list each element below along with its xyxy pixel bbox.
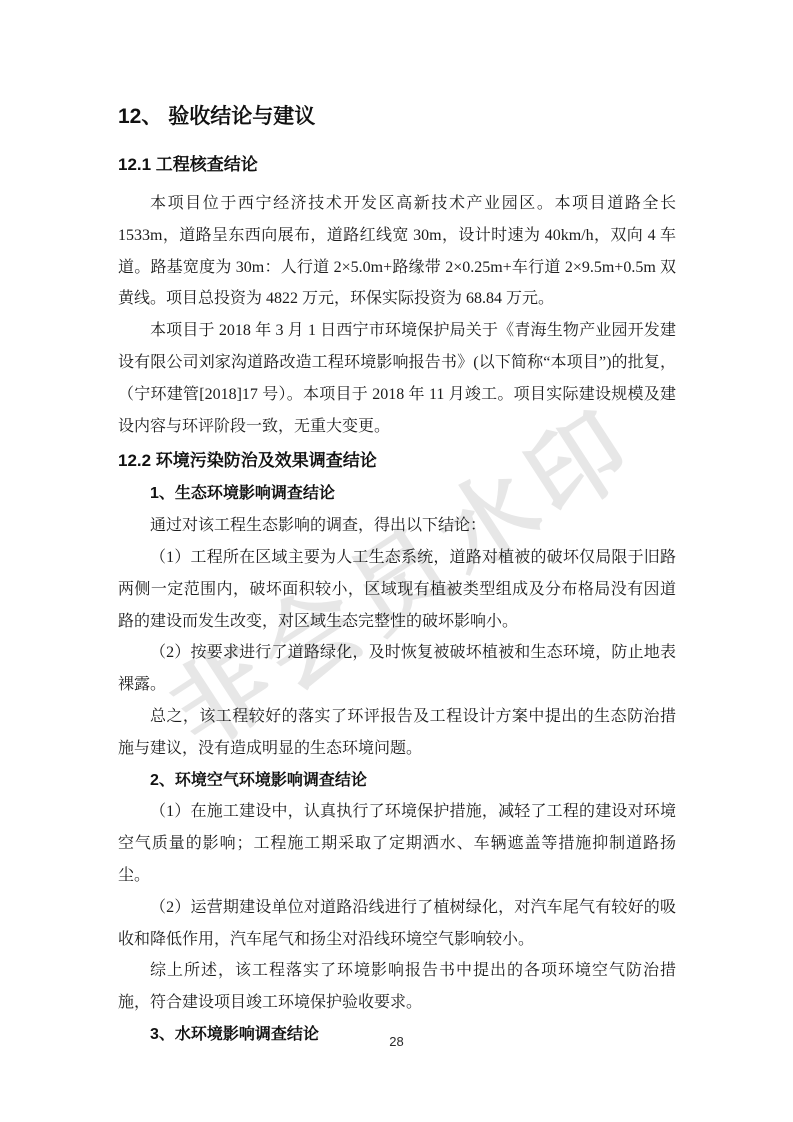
subsection-heading-air: 2、环境空气环境影响调查结论 <box>118 765 676 797</box>
paragraph-project-overview: 本项目位于西宁经济技术开发区高新技术产业园区。本项目道路全长 1533m，道路呈… <box>118 188 676 315</box>
document-page: 非会员水印 12、 验收结论与建议 12.1 工程核查结论 本项目位于西宁经济技… <box>0 0 793 1122</box>
paragraph-ecology-summary: 总之，该工程较好的落实了环评报告及工程设计方案中提出的生态防治措施与建议，没有造… <box>118 701 676 765</box>
page-title: 12、 验收结论与建议 <box>118 102 676 132</box>
page-content: 12、 验收结论与建议 12.1 工程核查结论 本项目位于西宁经济技术开发区高新… <box>118 102 676 1051</box>
page-number: 28 <box>0 1034 793 1049</box>
paragraph-air-summary: 综上所述，该工程落实了环境影响报告书中提出的各项环境空气防治措施，符合建设项目竣… <box>118 955 676 1019</box>
paragraph-approval-info: 本项目于 2018 年 3 月 1 日西宁市环境保护局关于《青海生物产业园开发建… <box>118 315 676 442</box>
subsection-heading-ecology: 1、生态环境影响调查结论 <box>118 478 676 510</box>
paragraph-ecology-conclusion-2: （2）按要求进行了道路绿化，及时恢复被破坏植被和生态环境，防止地表裸露。 <box>118 637 676 701</box>
paragraph-air-conclusion-1: （1）在施工建设中，认真执行了环境保护措施，减轻了工程的建设对环境空气质量的影响… <box>118 796 676 891</box>
section-heading-12-2: 12.2 环境污染防治及效果调查结论 <box>118 448 676 474</box>
paragraph-ecology-conclusion-1: （1）工程所在区域主要为人工生态系统，道路对植被的破坏仅局限于旧路两侧一定范围内… <box>118 542 676 637</box>
section-heading-12-1: 12.1 工程核查结论 <box>118 152 676 178</box>
paragraph-air-conclusion-2: （2）运营期建设单位对道路沿线进行了植树绿化，对汽车尾气有较好的吸收和降低作用，… <box>118 892 676 956</box>
paragraph-ecology-intro: 通过对该工程生态影响的调查，得出以下结论： <box>118 510 676 542</box>
